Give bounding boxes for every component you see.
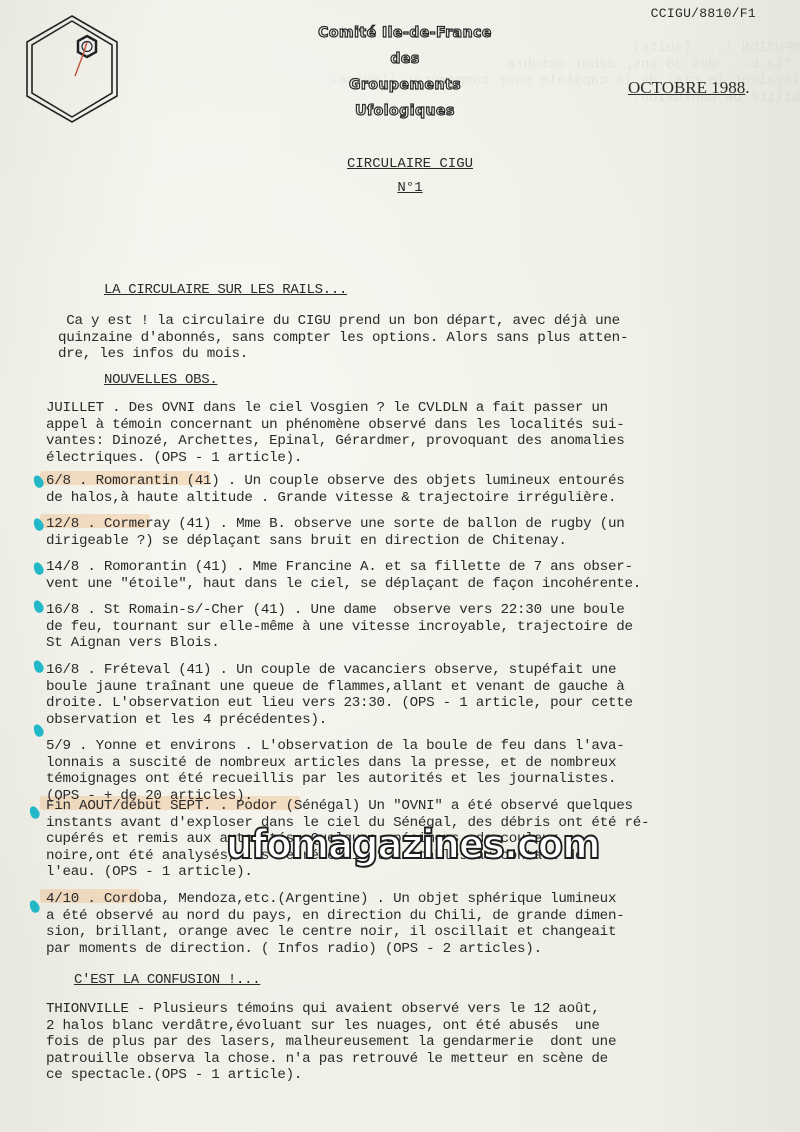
document-reference: CCIGU/8810/F1 [651,6,756,21]
org-line-2: des [290,46,520,72]
observation-entry: 16/8 . St Romain-s/-Cher (41) . Une dame… [46,602,766,652]
document-number: N°1 [10,180,800,196]
issue-date: OCTOBRE 1988. [628,78,750,98]
intro-paragraph: Ca y est ! la circulaire du CIGU prend u… [58,313,778,363]
confusion-paragraph: THIONVILLE - Plusieurs témoins qui avaie… [46,1001,766,1084]
observation-entry: 14/8 . Romorantin (41) . Mme Francine A.… [46,559,766,592]
observation-entry: JUILLET . Des OVNI dans le ciel Vosgien … [46,400,766,466]
margin-marker [32,723,46,739]
issue-date-text: OCTOBRE 1988 [628,78,745,97]
section-heading-intro: LA CIRCULAIRE SUR LES RAILS... [104,282,347,298]
observation-entry: 4/10 . Cordoba, Mendoza,etc.(Argentine) … [46,891,766,957]
document-page: C'EST LA CONFUSION !... (suite) quartier… [0,0,800,1132]
org-line-1: Comité Ile-de-France [290,20,520,46]
observation-entry: 5/9 . Yonne et environs . L'observation … [46,738,766,804]
hexagon-logo-icon [24,14,120,124]
observation-entry: 12/8 . Cormeray (41) . Mme B. observe un… [46,516,766,549]
observation-entry: 16/8 . Fréteval (41) . Un couple de vaca… [46,662,766,728]
watermark: ufomagazines.com [226,822,600,868]
section-heading-new-obs: NOUVELLES OBS. [104,372,217,388]
section-heading-confusion: C'EST LA CONFUSION !... [74,972,260,988]
document-title: CIRCULAIRE CIGU [10,156,800,172]
issue-date-suffix: . [745,78,749,97]
org-line-3: Groupements [290,72,520,98]
org-line-4: Ufologiques [290,98,520,124]
margin-marker [32,659,46,675]
margin-marker [32,599,46,615]
margin-marker [32,561,46,577]
organization-name: Comité Ile-de-France des Groupements Ufo… [290,20,520,124]
observation-entry: 6/8 . Romorantin (41) . Un couple observ… [46,473,766,506]
